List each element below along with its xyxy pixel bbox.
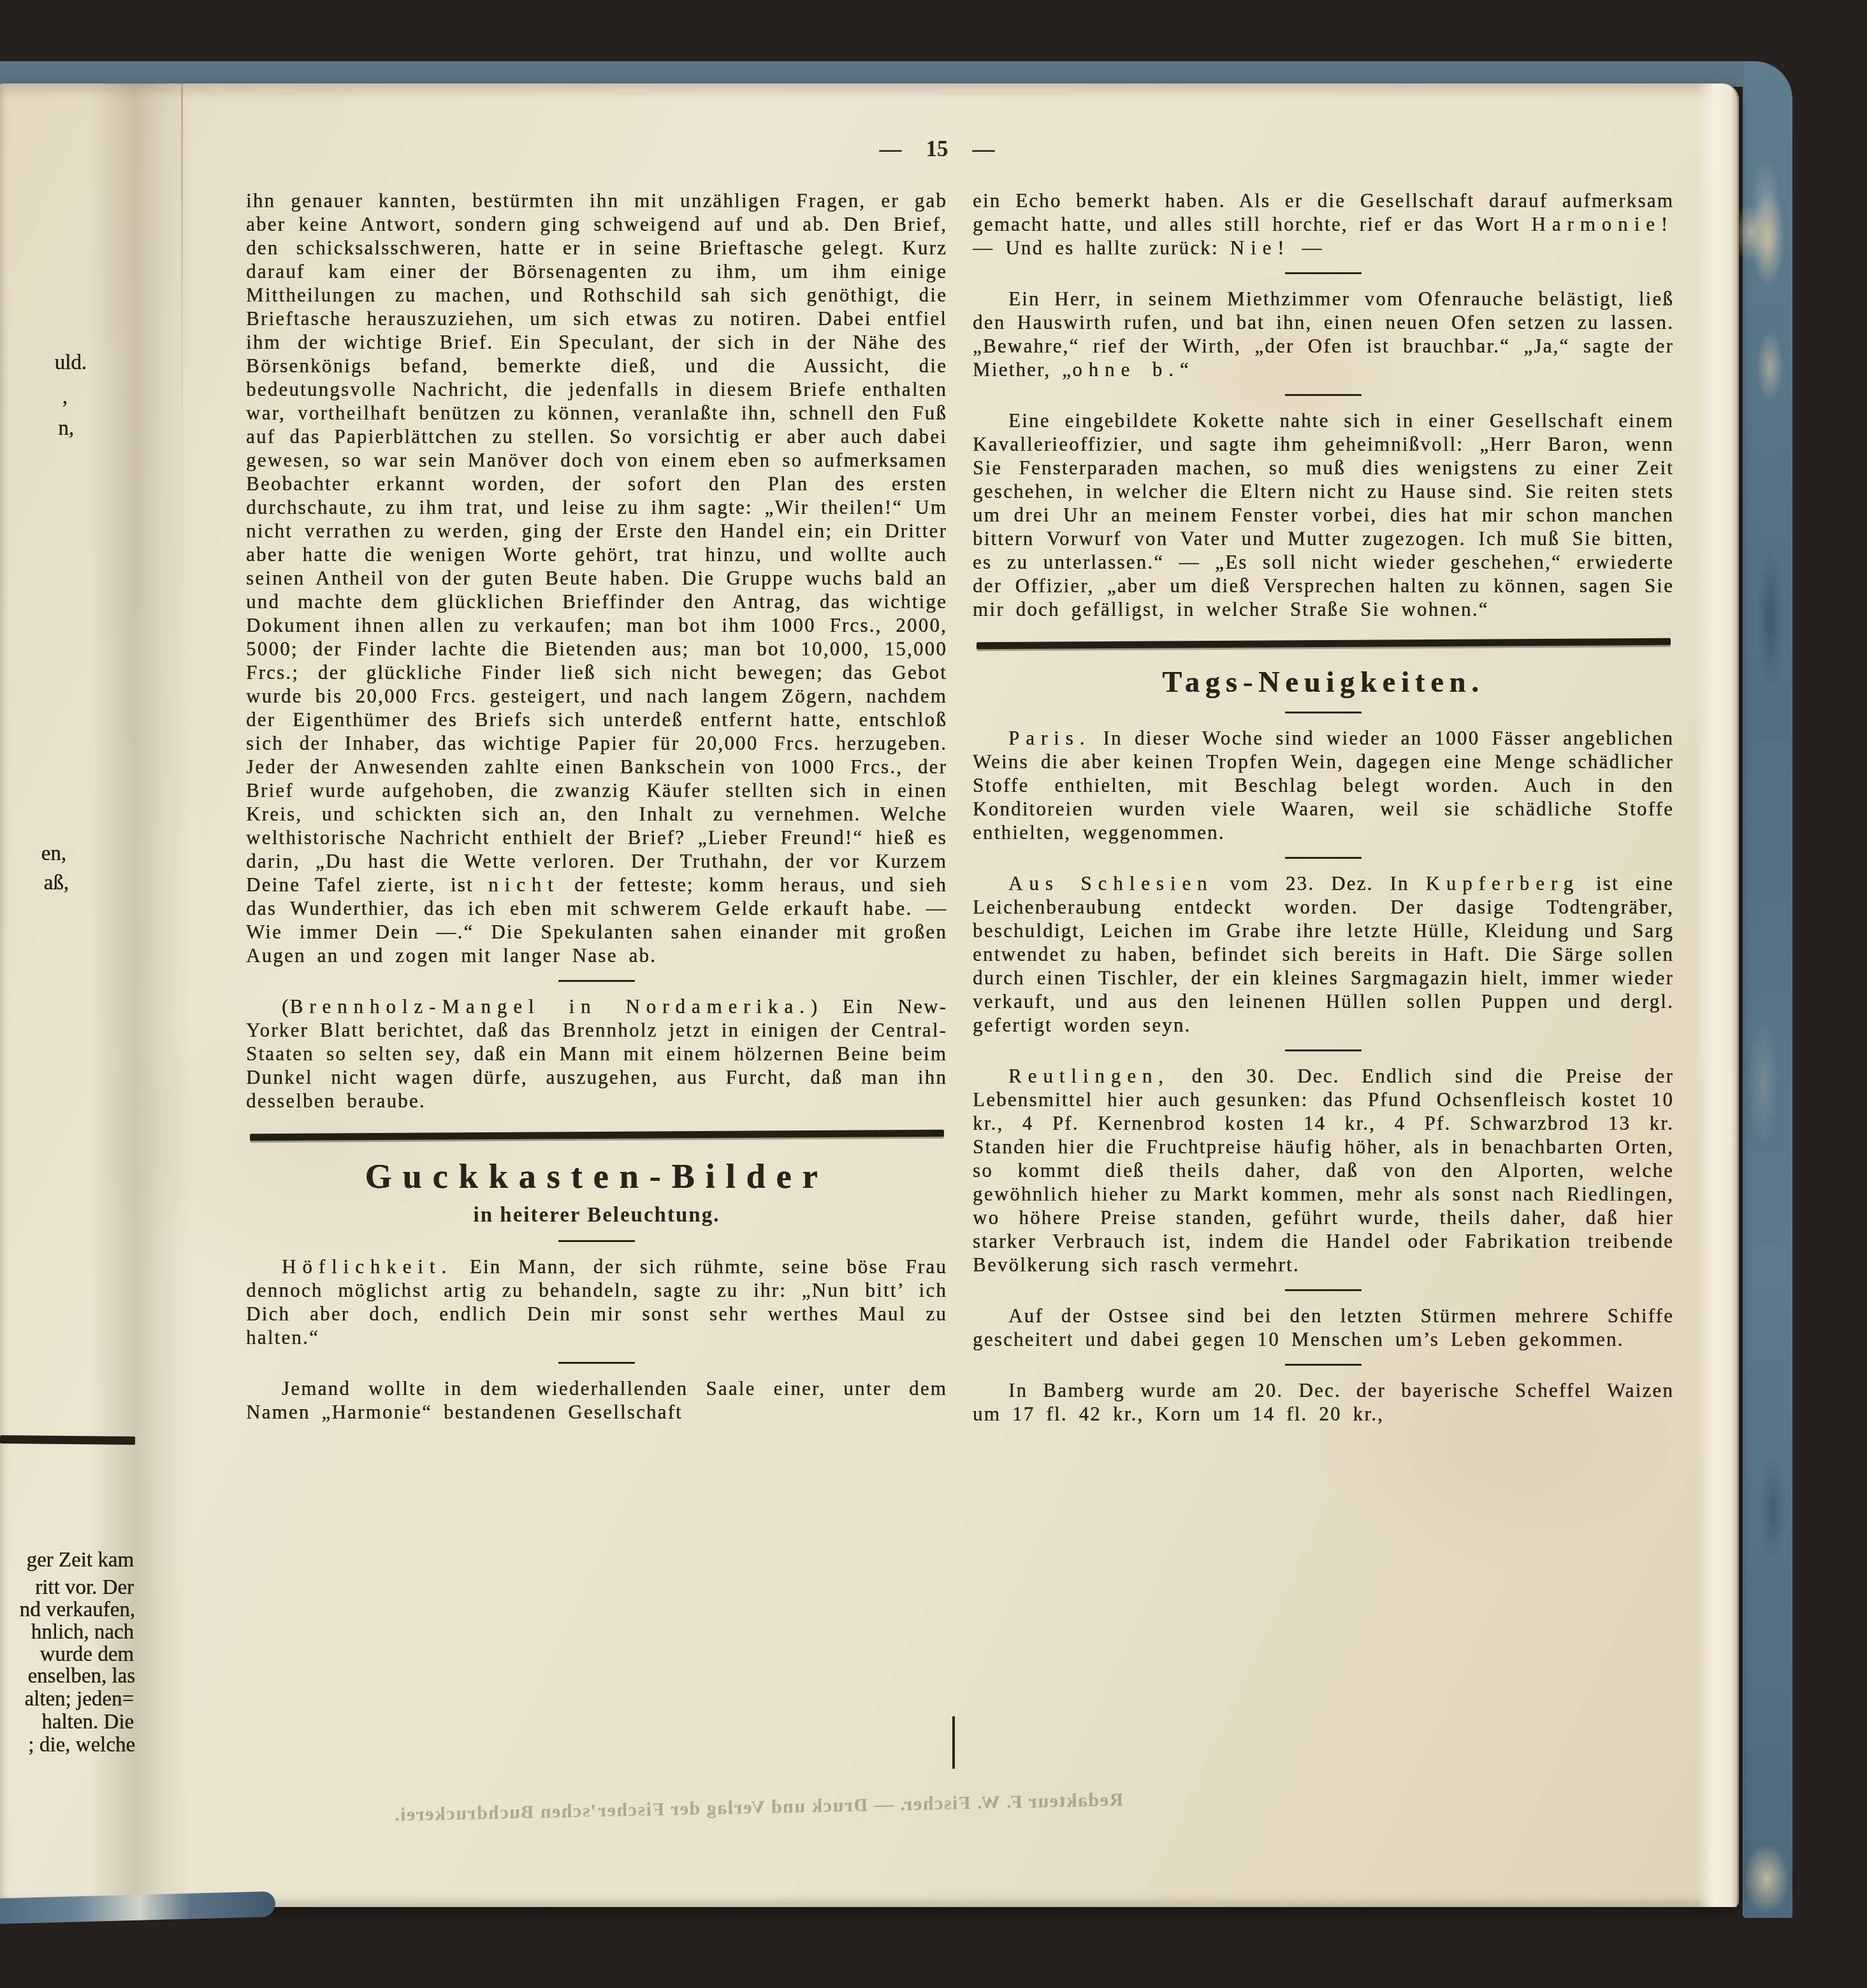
left-column: ihn genauer kannten, bestürmten ihn mit … (246, 189, 947, 1429)
cover-wear-patch (1757, 332, 1783, 402)
letterspaced-text: Brennholz-Mangel in Nordamerika. (290, 995, 811, 1018)
facing-page-text-fragment: halten. Die (0, 1711, 136, 1733)
paragraph: Auf der Ostsee sind bei den letzten Stür… (973, 1304, 1674, 1351)
separator-rule (558, 980, 635, 982)
section-heading: Tags-Neuigkeiten. (973, 665, 1674, 699)
text-run: ( (282, 995, 290, 1018)
text-run: vom 23. Dez. In (1213, 872, 1425, 895)
separator-rule (1285, 712, 1362, 713)
separator-rule (558, 1240, 635, 1242)
cover-wear-patch (1744, 1844, 1790, 1914)
text-block: ihn genauer kannten, bestürmten ihn mit … (246, 189, 1674, 1429)
paragraph: ihn genauer kannten, bestürmten ihn mit … (246, 189, 947, 967)
text-run: ist eine Leichenberaubung entdeckt worde… (973, 872, 1674, 1036)
right-column: ein Echo bemerkt haben. Als er die Gesel… (973, 189, 1674, 1429)
facing-page-text-fragment: hnlich, nach (0, 1621, 136, 1643)
separator-rule (1285, 272, 1362, 274)
separator-rule (1285, 1364, 1362, 1366)
text-run: In Bamberg wurde am 20. Dec. der bayeris… (973, 1379, 1674, 1425)
facing-page-text-fragment: nd verkaufen, (0, 1599, 138, 1621)
separator-rule (558, 1362, 635, 1364)
facing-page-text-fragment: , (0, 386, 70, 408)
text-run: Auf der Ostsee sind bei den letzten Stür… (973, 1305, 1674, 1350)
letterspaced-text: ohne b. (1072, 358, 1180, 381)
letterspaced-text: Aus Schlesien (1008, 872, 1213, 895)
text-run: den 30. Dec. Endlich sind die Preise der… (973, 1065, 1674, 1276)
text-run: Eine eingebildete Kokette nahte sich in … (973, 409, 1674, 620)
text-run: Jemand wollte in dem wiederhallenden Saa… (246, 1377, 947, 1423)
facing-page-text-fragment: uld. (0, 352, 89, 374)
facing-page-text-fragment: aß, (0, 872, 71, 894)
paragraph: (Brennholz-Mangel in Nordamerika.) Ein N… (246, 995, 947, 1113)
facing-page-text-fragment: enselben, las (0, 1665, 138, 1687)
section-divider-rule (249, 1130, 943, 1141)
letterspaced-text: Harmonie! (1531, 213, 1674, 235)
facing-page-text-fragment: en, (0, 843, 69, 865)
page-number-value: 15 (926, 136, 948, 162)
letterspaced-text: Nie! (1230, 237, 1291, 259)
paragraph: ein Echo bemerkt haben. Als er die Gesel… (973, 189, 1674, 259)
facing-page-rule-fragment (0, 1435, 135, 1445)
facing-page-text-fragment: n, (0, 418, 76, 439)
text-run: — (1290, 237, 1323, 259)
facing-page-text-fragment: ritt vor. Der (0, 1577, 136, 1598)
page-number: — 15 — (803, 136, 1071, 162)
facing-page-text-fragment: wurde dem (0, 1644, 136, 1665)
paragraph: Höflichkeit. Ein Mann, der sich rühmte, … (246, 1255, 947, 1349)
section-heading-title: Guckkasten-Bilder (246, 1157, 947, 1196)
letterspaced-text: Höflichkeit. (282, 1255, 453, 1278)
section-heading-subtitle: in heiterer Beleuchtung. (246, 1204, 947, 1227)
letterspaced-text: nicht (488, 873, 560, 896)
column-rule-fragment (952, 1716, 955, 1769)
paragraph: Eine eingebildete Kokette nahte sich in … (973, 409, 1674, 621)
section-heading-title: Tags-Neuigkeiten. (973, 665, 1674, 699)
text-run: — Und es hallte zurück: (973, 237, 1230, 259)
separator-rule (1285, 394, 1362, 396)
letterspaced-text: Kupferberg (1425, 872, 1580, 895)
section-divider-rule (976, 638, 1670, 650)
text-run: ihn genauer kannten, bestürmten ihn mit … (246, 189, 947, 896)
separator-rule (1285, 1049, 1362, 1051)
facing-page-text-fragment: ; die, welche (0, 1734, 138, 1756)
paragraph: Jemand wollte in dem wiederhallenden Saa… (246, 1377, 947, 1424)
paragraph: Ein Herr, in seinem Miethzimmer vom Ofen… (973, 287, 1674, 381)
facing-page-text-fragment: ger Zeit kam (0, 1549, 136, 1571)
paragraph: In Bamberg wurde am 20. Dec. der bayeris… (973, 1378, 1674, 1426)
page-fore-edge (1696, 84, 1739, 1907)
page-number-dash-left: — (880, 136, 902, 162)
separator-rule (1285, 1289, 1362, 1291)
page-number-dash-right: — (973, 136, 995, 162)
paragraph: Paris. In dieser Woche sind wieder an 10… (973, 726, 1674, 844)
facing-page-text-fragment: alten; jeden= (0, 1688, 136, 1710)
paper-crease (181, 84, 183, 453)
paragraph: Aus Schlesien vom 23. Dez. In Kupferberg… (973, 872, 1674, 1037)
book-scan: uld.,n,en,aß,ger Zeit kamritt vor. Dernd… (0, 0, 1867, 1988)
section-heading: Guckkasten-Bilderin heiterer Beleuchtung… (246, 1157, 947, 1227)
letterspaced-text: Reutlingen, (1008, 1065, 1170, 1087)
letterspaced-text: Paris. (1008, 727, 1091, 749)
text-run: “ (1180, 358, 1190, 381)
separator-rule (1285, 857, 1362, 859)
paragraph: Reutlingen, den 30. Dec. Endlich sind di… (973, 1064, 1674, 1276)
